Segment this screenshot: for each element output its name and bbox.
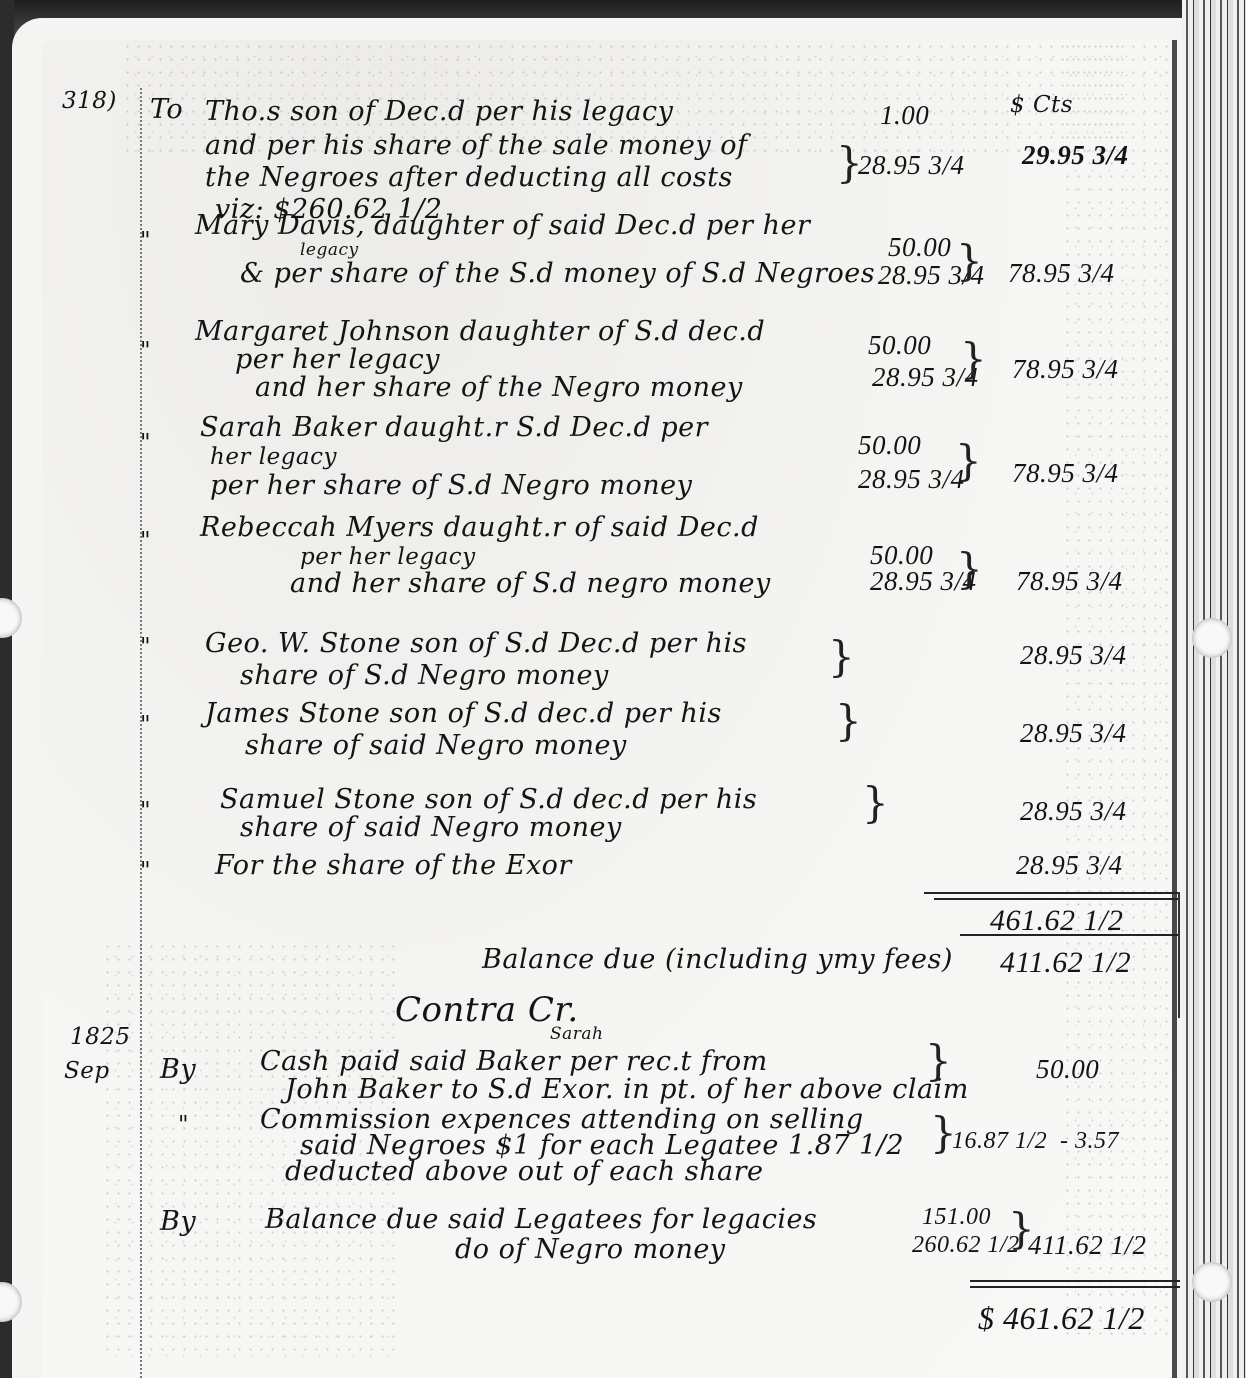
entry-line: per her legacy — [235, 344, 440, 375]
brace-icon: } — [862, 782, 889, 824]
credit-line: John Baker to S.d Exor. in pt. of her ab… — [285, 1074, 969, 1105]
ditto-mark: " — [140, 228, 151, 254]
entry-line: per her share of S.d Negro money — [210, 470, 692, 501]
punch-hole — [1192, 1262, 1232, 1302]
column-header-dollars-cents: $ Cts — [1010, 92, 1073, 118]
total-rule — [960, 934, 1178, 936]
entry-total: 78.95 3/4 — [1012, 354, 1119, 385]
balance-label: Balance due (including ymy fees) — [482, 944, 953, 975]
entry-line: Rebeccah Myers daught.r of said Dec.d — [200, 512, 759, 543]
credit-sub-amount: 151.00 — [922, 1204, 991, 1231]
credit-prefix: By — [160, 1054, 196, 1085]
entry-total: 78.95 3/4 — [1012, 458, 1119, 489]
entry-total: 28.95 3/4 — [1016, 850, 1123, 881]
sub-amount: 28.95 3/4 — [858, 464, 965, 495]
brace-icon: } — [828, 636, 855, 678]
credit-month: Sep — [64, 1058, 110, 1084]
credit-line: do of Negro money — [455, 1234, 726, 1265]
sub-amount: 50.00 — [868, 330, 931, 361]
total-box-rule — [1178, 892, 1180, 1018]
entry-line: Margaret Johnson daughter of S.d dec.d — [195, 316, 765, 347]
brace-icon: } — [956, 240, 983, 282]
total-rule — [934, 898, 1178, 900]
entry-total: 28.95 3/4 — [1020, 718, 1127, 749]
credit-line: Cash paid said Baker per rec.t from — [260, 1046, 768, 1077]
sub-amount: 50.00 — [888, 232, 951, 263]
entry-line: Samuel Stone son of S.d dec.d per his — [220, 784, 757, 815]
entry-line: and her share of the Negro money — [255, 372, 743, 403]
sub-amount: 28.95 3/4 — [858, 150, 965, 181]
entry-line: Mary Davis, daughter of said Dec.d per h… — [195, 210, 810, 241]
credit-sub-amount: 16.87 1/2 — [952, 1128, 1047, 1155]
entry-line: and her share of S.d negro money — [290, 568, 771, 599]
ditto-mark: " — [140, 798, 151, 824]
brace-icon: } — [925, 1040, 952, 1082]
entry-line: legacy — [300, 240, 359, 260]
entry-line: Tho.s son of Dec.d per his legacy — [205, 96, 673, 127]
entry-line: Geo. W. Stone son of S.d Dec.d per his — [205, 628, 747, 659]
entry-line: For the share of the Exor — [215, 850, 572, 881]
credit-amount: - 3.57 — [1060, 1128, 1119, 1155]
entry-line: Sarah Baker daught.r S.d Dec.d per — [200, 412, 708, 443]
total-rule — [970, 1280, 1180, 1282]
sub-amount: 1.00 — [880, 100, 929, 131]
credit-line: deducted above out of each share — [285, 1156, 764, 1187]
ditto-mark: " — [140, 634, 151, 660]
entry-total: 28.95 3/4 — [1020, 796, 1127, 827]
sub-amount: 50.00 — [858, 430, 921, 461]
entry-line: share of said Negro money — [240, 812, 622, 843]
ditto-mark: " — [140, 338, 151, 364]
credit-line: Balance due said Legatees for legacies — [265, 1204, 817, 1235]
entry-line: share of said Negro money — [245, 730, 627, 761]
entry-line: share of S.d Negro money — [240, 660, 609, 691]
credit-sub-amount: 260.62 1/2 — [912, 1232, 1020, 1259]
debit-total: 461.62 1/2 — [990, 904, 1123, 938]
ditto-mark: " — [178, 1112, 189, 1138]
margin-page-ref: 318) — [62, 88, 117, 114]
brace-icon: } — [956, 548, 983, 590]
interlinear-note: Sarah — [550, 1024, 604, 1044]
punch-hole — [1192, 618, 1232, 658]
ditto-mark: " — [140, 712, 151, 738]
entry-line: & per share of the S.d money of S.d Negr… — [240, 258, 875, 289]
brace-icon: } — [955, 440, 982, 482]
total-rule — [970, 1286, 1180, 1288]
page-binding-edge — [1182, 0, 1246, 1378]
credit-prefix: By — [160, 1206, 196, 1237]
entry-line: and per his share of the sale money of — [205, 130, 747, 161]
total-rule — [924, 892, 1178, 894]
ditto-mark: " — [140, 528, 151, 554]
credit-year: 1825 — [70, 1024, 131, 1050]
ditto-mark: " — [140, 858, 151, 884]
credit-total: $ 461.62 1/2 — [978, 1300, 1145, 1337]
credit-amount: 50.00 — [1036, 1054, 1099, 1085]
credit-amount: 411.62 1/2 — [1028, 1230, 1147, 1261]
entry-line: per her legacy — [300, 544, 476, 570]
entry-line: the Negroes after deducting all costs — [205, 162, 733, 193]
debit-prefix: To — [150, 94, 183, 125]
brace-icon: } — [960, 338, 987, 380]
balance-amount: 411.62 1/2 — [1000, 946, 1131, 980]
ditto-mark: " — [140, 430, 151, 456]
entry-total: 29.95 3/4 — [1022, 140, 1129, 171]
entry-total: 28.95 3/4 — [1020, 640, 1127, 671]
entry-line: James Stone son of S.d dec.d per his — [205, 698, 722, 729]
entry-total: 78.95 3/4 — [1016, 566, 1123, 597]
brace-icon: } — [835, 700, 862, 742]
entry-line: her legacy — [210, 444, 337, 470]
entry-total: 78.95 3/4 — [1008, 258, 1115, 289]
